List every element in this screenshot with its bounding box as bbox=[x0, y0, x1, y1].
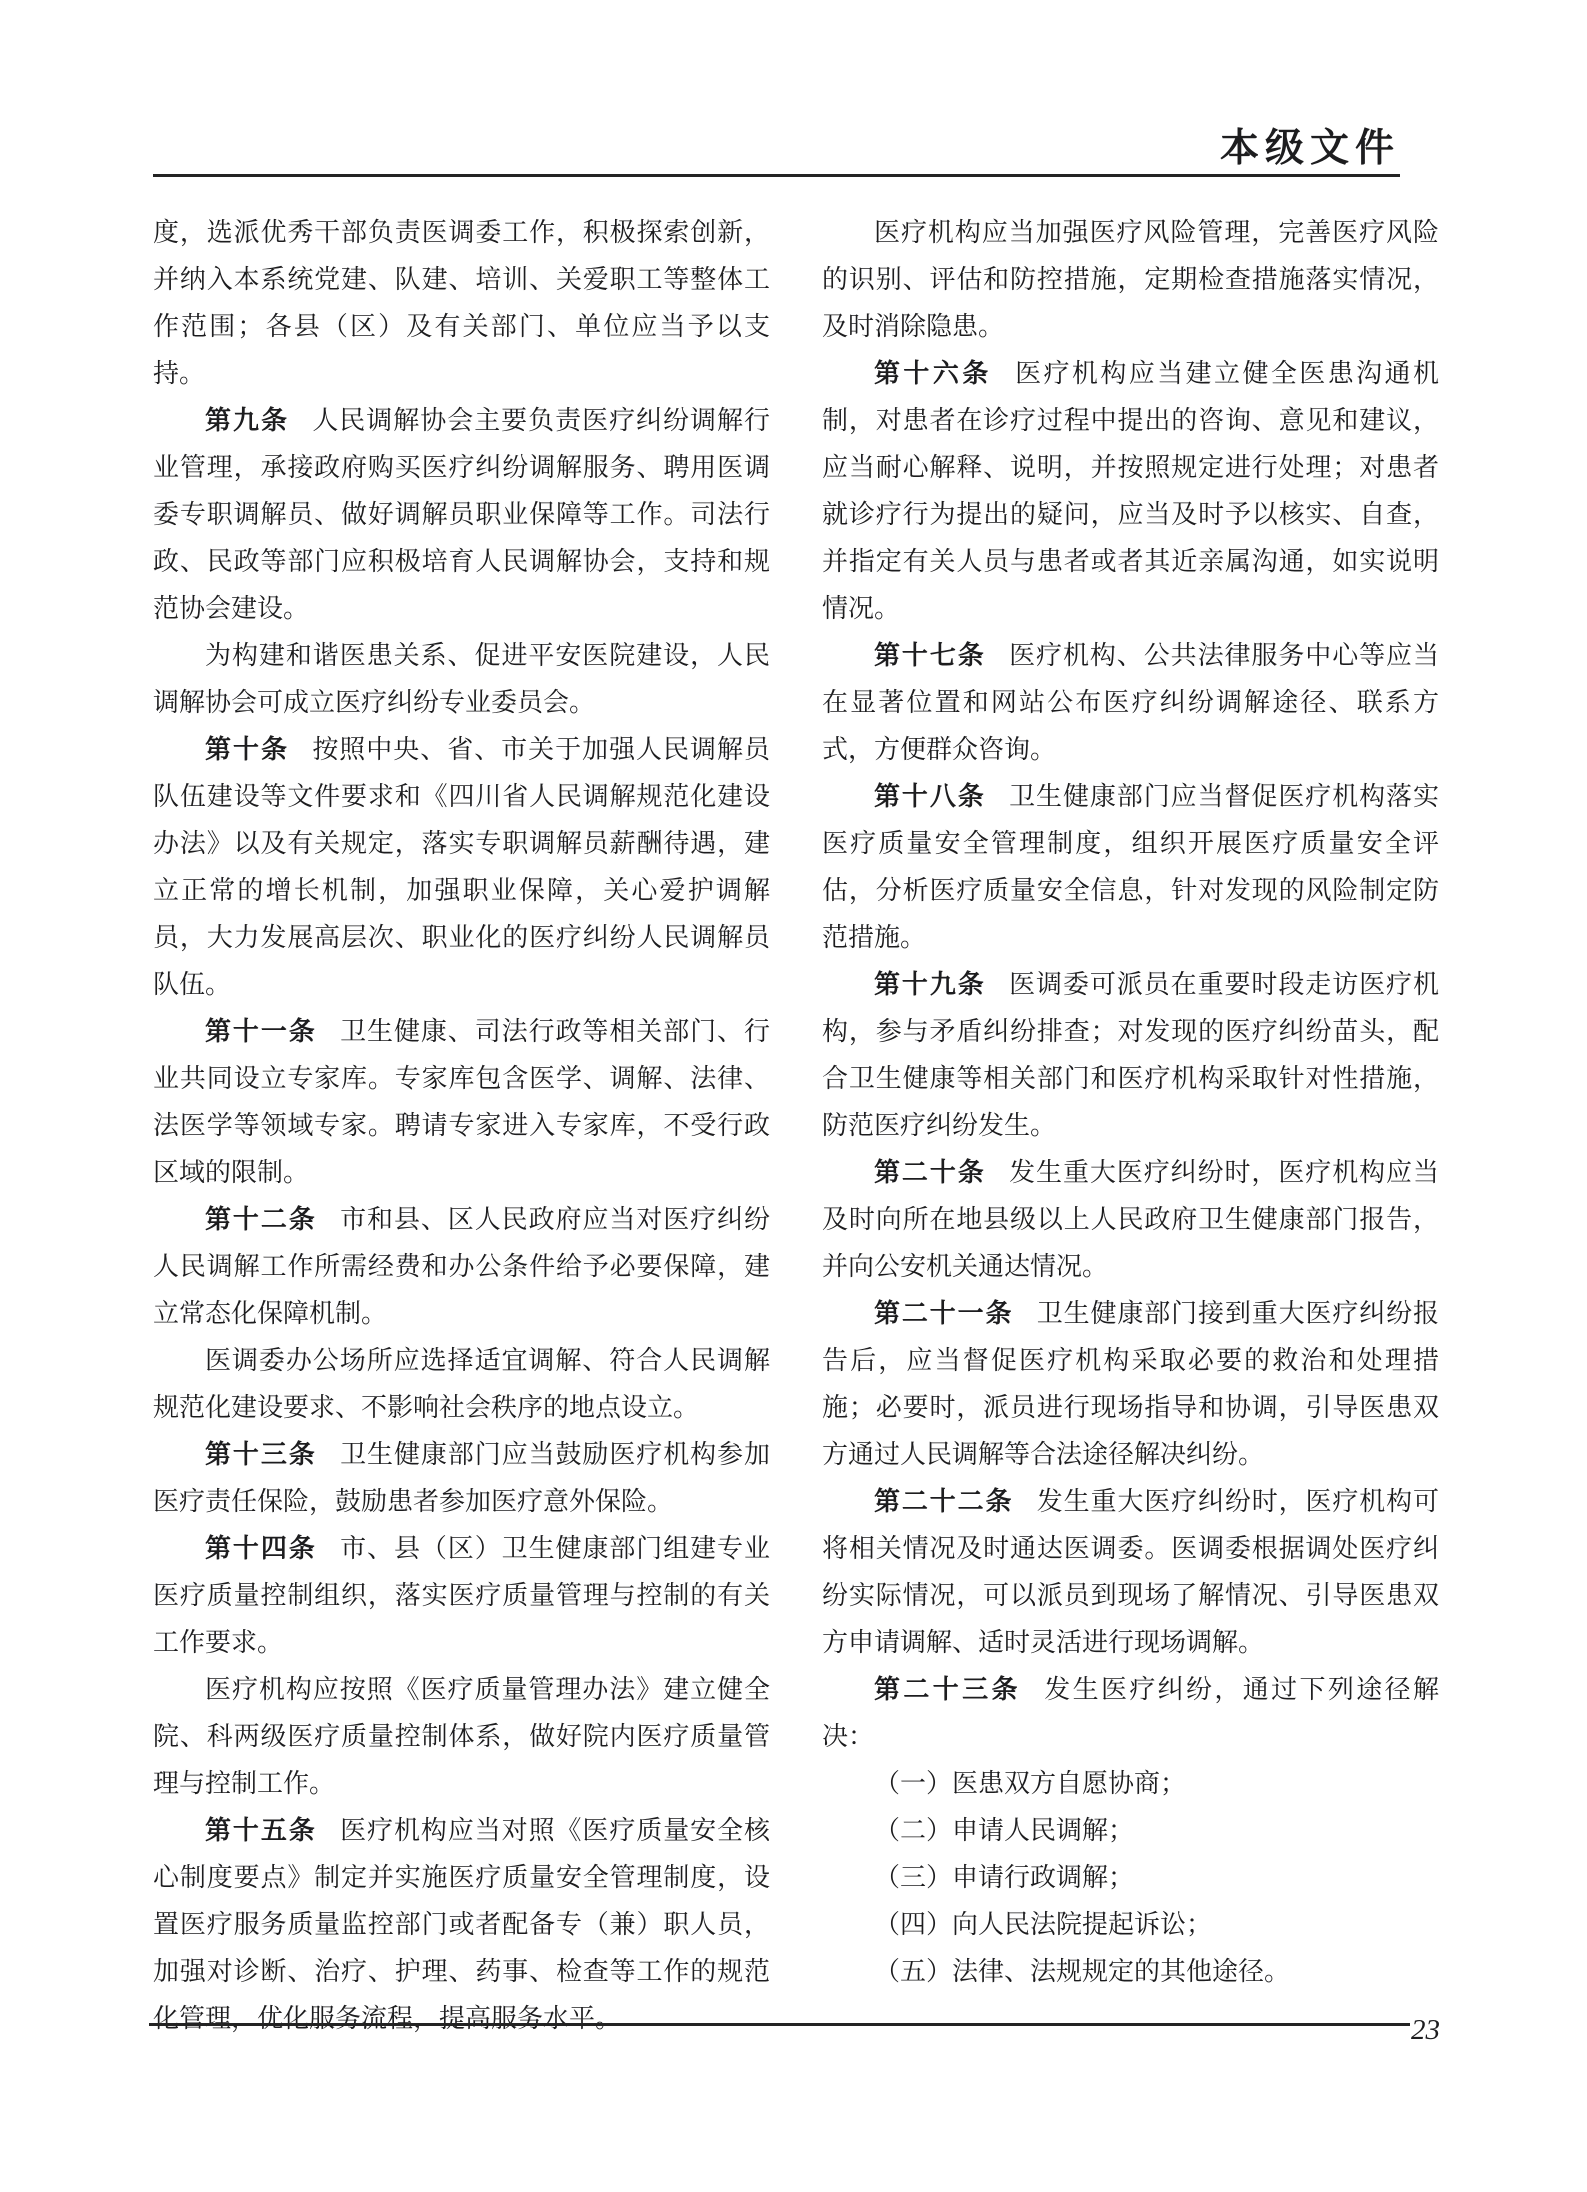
article-number: 第十条 bbox=[205, 735, 289, 764]
page-number: 23 bbox=[1411, 2014, 1440, 2046]
article-number: 第十四条 bbox=[205, 1534, 317, 1563]
paragraph: 第十三条卫生健康部门应当鼓励医疗机构参加医疗责任保险，鼓励患者参加医疗意外保险。 bbox=[153, 1431, 770, 1525]
paragraph: （三）申请行政调解； bbox=[822, 1854, 1439, 1901]
text-column-right: 医疗机构应当加强医疗风险管理，完善医疗风险的识别、评估和防控措施，定期检查措施落… bbox=[822, 209, 1439, 1995]
paragraph: 医疗机构应按照《医疗质量管理办法》建立健全院、科两级医疗质量控制体系，做好院内医… bbox=[153, 1666, 770, 1807]
article-number: 第二十三条 bbox=[874, 1675, 1021, 1704]
footer-rule bbox=[149, 2023, 1410, 2026]
article-number: 第十一条 bbox=[205, 1017, 317, 1046]
document-page: 本级文件 度，选派优秀干部负责医调委工作，积极探索创新，并纳入本系统党建、队建、… bbox=[0, 0, 1587, 2192]
paragraph: （一）医患双方自愿协商； bbox=[822, 1760, 1439, 1807]
paragraph: 第十八条卫生健康部门应当督促医疗机构落实医疗质量安全管理制度，组织开展医疗质量安… bbox=[822, 773, 1439, 961]
paragraph: 第十九条医调委可派员在重要时段走访医疗机构，参与矛盾纠纷排查；对发现的医疗纠纷苗… bbox=[822, 961, 1439, 1149]
paragraph: 医调委办公场所应选择适宜调解、符合人民调解规范化建设要求、不影响社会秩序的地点设… bbox=[153, 1337, 770, 1431]
paragraph: （五）法律、法规规定的其他途径。 bbox=[822, 1948, 1439, 1995]
header-rule bbox=[153, 174, 1400, 177]
article-number: 第二十条 bbox=[874, 1158, 986, 1187]
paragraph: 第十四条市、县（区）卫生健康部门组建专业医疗质量控制组织，落实医疗质量管理与控制… bbox=[153, 1525, 770, 1666]
paragraph: 为构建和谐医患关系、促进平安医院建设，人民调解协会可成立医疗纠纷专业委员会。 bbox=[153, 632, 770, 726]
paragraph: 第十二条市和县、区人民政府应当对医疗纠纷人民调解工作所需经费和办公条件给予必要保… bbox=[153, 1196, 770, 1337]
paragraph: 第十一条卫生健康、司法行政等相关部门、行业共同设立专家库。专家库包含医学、调解、… bbox=[153, 1008, 770, 1196]
article-number: 第十三条 bbox=[205, 1440, 317, 1469]
paragraph: 第十七条医疗机构、公共法律服务中心等应当在显著位置和网站公布医疗纠纷调解途径、联… bbox=[822, 632, 1439, 773]
article-number: 第二十一条 bbox=[874, 1299, 1013, 1328]
page-header-title: 本级文件 bbox=[1220, 126, 1400, 172]
article-number: 第十九条 bbox=[874, 970, 986, 999]
paragraph: （四）向人民法院提起诉讼； bbox=[822, 1901, 1439, 1948]
article-number: 第十六条 bbox=[874, 359, 992, 388]
paragraph: 度，选派优秀干部负责医调委工作，积极探索创新，并纳入本系统党建、队建、培训、关爱… bbox=[153, 209, 770, 397]
paragraph: 第二十条发生重大医疗纠纷时，医疗机构应当及时向所在地县级以上人民政府卫生健康部门… bbox=[822, 1149, 1439, 1290]
paragraph: 第十五条医疗机构应当对照《医疗质量安全核心制度要点》制定并实施医疗质量安全管理制… bbox=[153, 1807, 770, 2042]
article-number: 第十二条 bbox=[205, 1205, 317, 1234]
paragraph: 医疗机构应当加强医疗风险管理，完善医疗风险的识别、评估和防控措施，定期检查措施落… bbox=[822, 209, 1439, 350]
article-number: 第九条 bbox=[205, 406, 289, 435]
article-number: 第十七条 bbox=[874, 641, 986, 670]
paragraph: 第二十三条发生医疗纠纷，通过下列途径解决： bbox=[822, 1666, 1439, 1760]
article-number: 第十五条 bbox=[205, 1816, 317, 1845]
paragraph: 第二十二条发生重大医疗纠纷时，医疗机构可将相关情况及时通达医调委。医调委根据调处… bbox=[822, 1478, 1439, 1666]
paragraph: 第十六条医疗机构应当建立健全医患沟通机制，对患者在诊疗过程中提出的咨询、意见和建… bbox=[822, 350, 1439, 632]
paragraph: （二）申请人民调解； bbox=[822, 1807, 1439, 1854]
article-number: 第二十二条 bbox=[874, 1487, 1013, 1516]
paragraph: 第二十一条卫生健康部门接到重大医疗纠纷报告后，应当督促医疗机构采取必要的救治和处… bbox=[822, 1290, 1439, 1478]
article-number: 第十八条 bbox=[874, 782, 986, 811]
text-column-left: 度，选派优秀干部负责医调委工作，积极探索创新，并纳入本系统党建、队建、培训、关爱… bbox=[153, 209, 770, 2042]
paragraph: 第十条按照中央、省、市关于加强人民调解员队伍建设等文件要求和《四川省人民调解规范… bbox=[153, 726, 770, 1008]
paragraph: 第九条人民调解协会主要负责医疗纠纷调解行业管理，承接政府购买医疗纠纷调解服务、聘… bbox=[153, 397, 770, 632]
